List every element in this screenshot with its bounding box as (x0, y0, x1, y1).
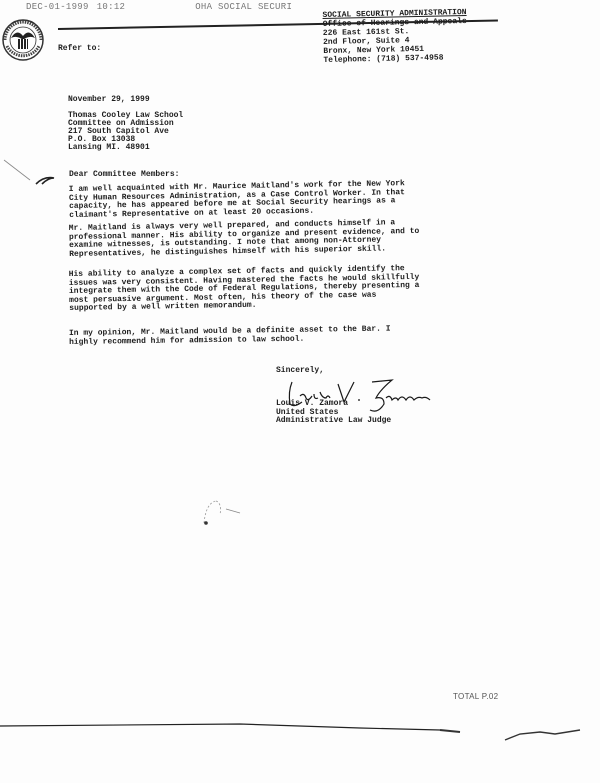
letter-date: November 29, 1999 (68, 95, 150, 104)
fax-total-pages: TOTAL P.02 (453, 692, 498, 701)
fax-transmission-header: DEC-01-199910:12OHA SOCIAL SECURI (26, 2, 350, 12)
fax-date: DEC-01-1999 (26, 2, 89, 12)
salutation: Dear Committee Members: (69, 170, 179, 179)
recipient-address: Thomas Cooley Law School Committee on Ad… (68, 112, 183, 152)
ssa-eagle-seal-icon (1, 18, 45, 62)
signature-block: Louis V. Zamora United States Administra… (276, 400, 391, 426)
letterhead-line: Telephone: (718) 537-4958 (323, 53, 467, 65)
body-paragraph: Mr. Maitland is always very well prepare… (69, 217, 540, 260)
stray-pen-marks (200, 495, 250, 535)
fax-sender: OHA SOCIAL SECURI (195, 2, 292, 12)
body-paragraph: In my opinion, Mr. Maitland would be a d… (69, 323, 539, 347)
closing: Sincerely, (276, 366, 324, 375)
hand-drawn-arrow-mark (2, 158, 62, 188)
signer-title-line: Administrative Law Judge (276, 417, 391, 426)
body-paragraph: His ability to analyze a complex set of … (69, 263, 540, 314)
page-bottom-edge-scan-artifact (0, 720, 600, 760)
refer-to-label: Refer to: (58, 44, 101, 53)
letterhead: SOCIAL SECURITY ADMINISTRATION Office of… (322, 8, 467, 65)
body-paragraph: I am well acquainted with Mr. Maurice Ma… (69, 178, 540, 221)
recipient-line: Lansing MI. 48901 (68, 144, 183, 152)
fax-time: 10:12 (97, 2, 126, 12)
